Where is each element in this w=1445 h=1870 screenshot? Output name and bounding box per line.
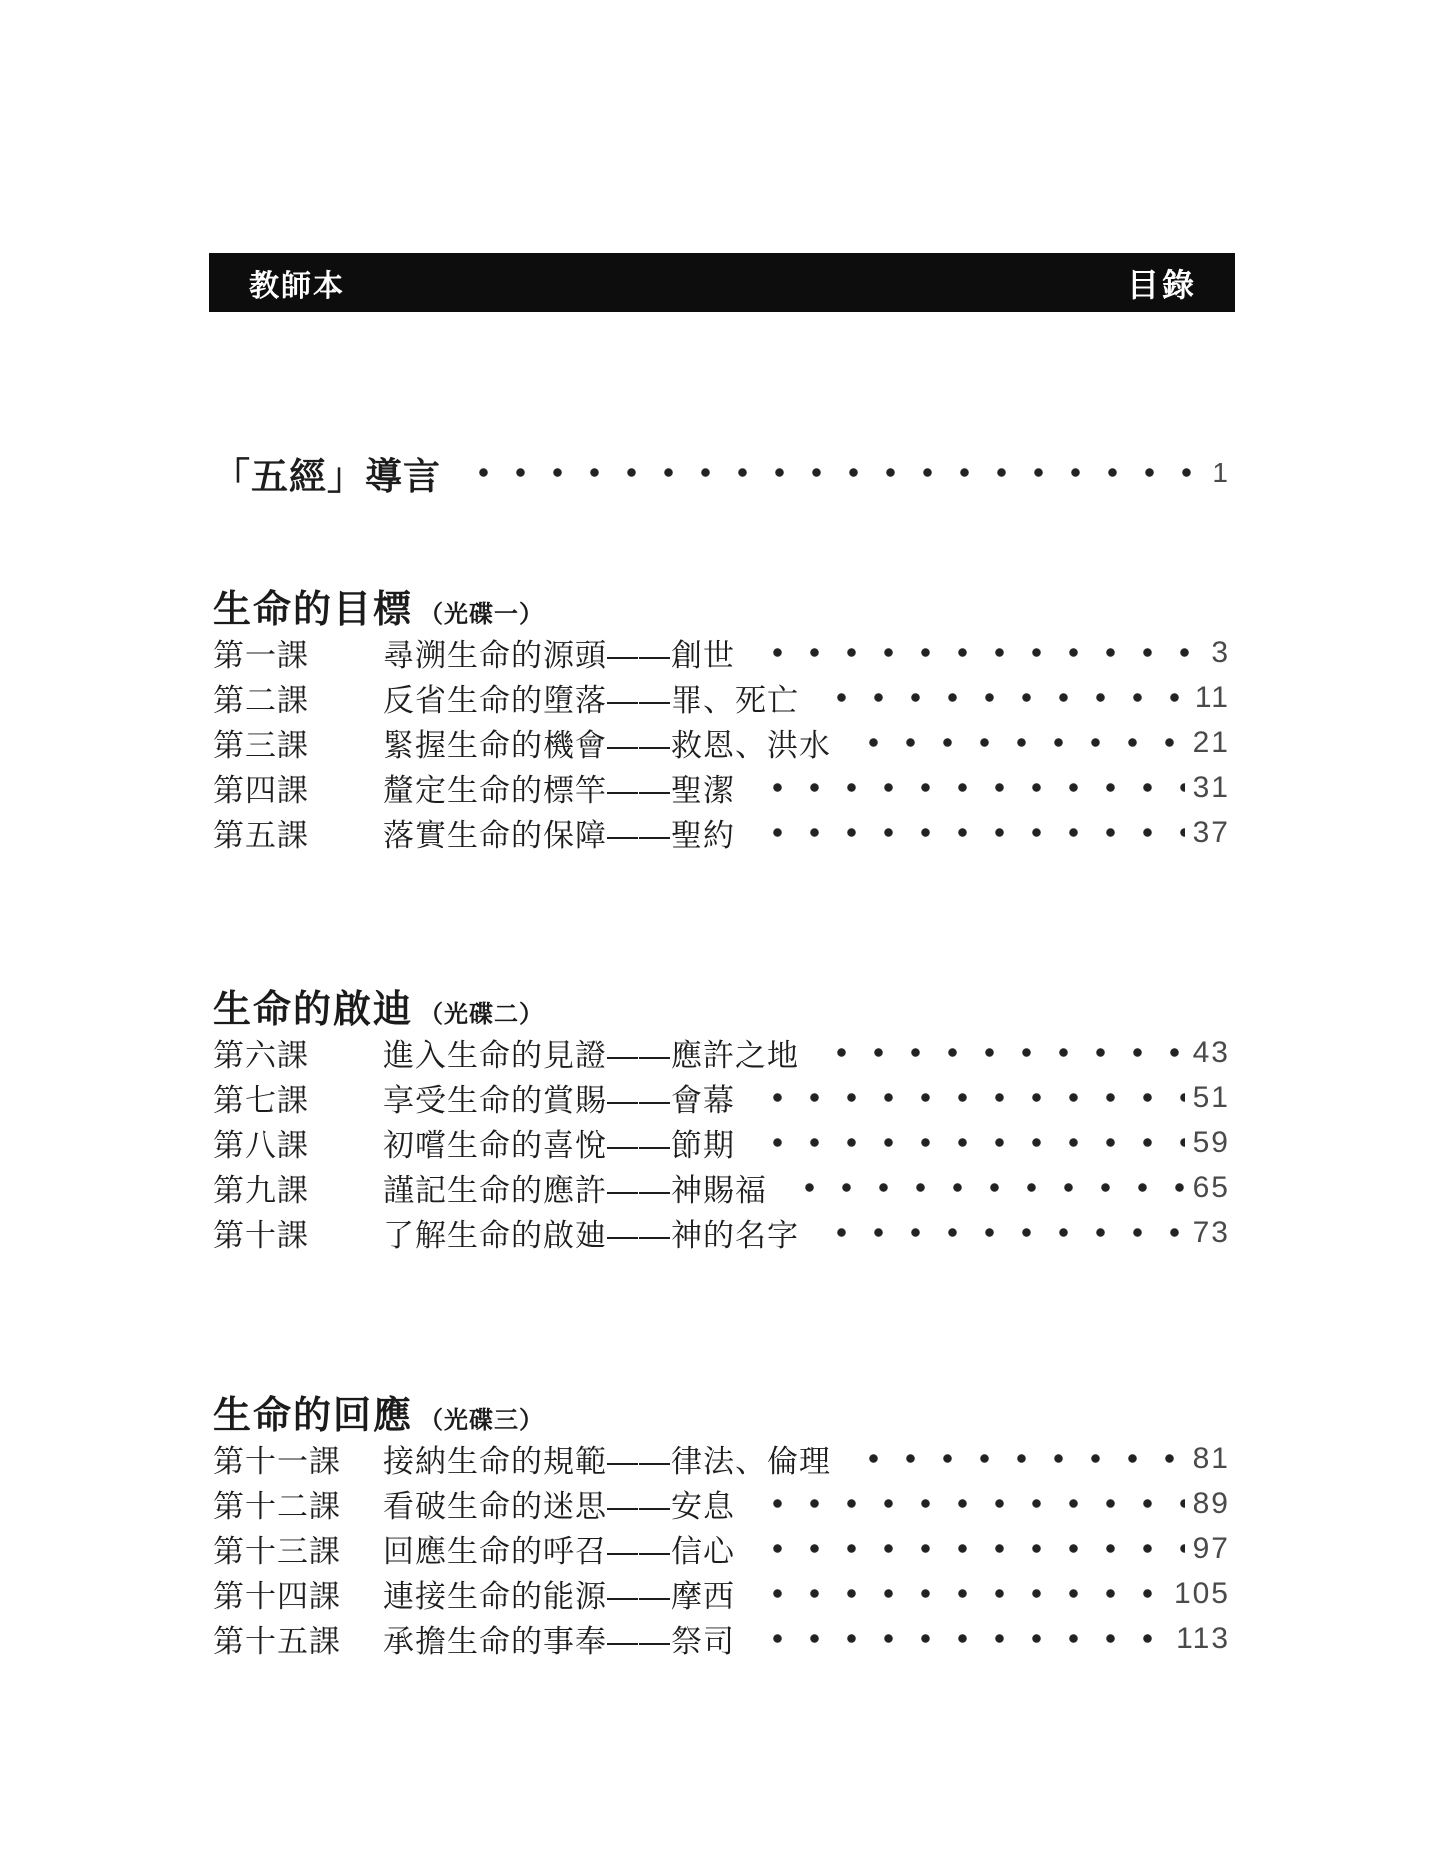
page-number: 43	[1193, 1036, 1230, 1070]
toc-row: 第五課 落實生命的保障——聖約 37	[213, 810, 1228, 855]
lesson-number: 第三課	[213, 720, 383, 765]
dot-leader	[457, 450, 1204, 495]
lesson-title: 落實生命的保障——聖約	[383, 810, 735, 855]
header-bar: 教師本 目錄	[209, 253, 1235, 312]
lesson-title: 反省生命的墮落——罪、死亡	[383, 675, 799, 720]
dot-leader	[815, 675, 1187, 720]
lesson-number: 第一課	[213, 630, 383, 675]
lesson-number: 第十四課	[213, 1571, 383, 1616]
toc-row: 第二課 反省生命的墮落——罪、死亡 11	[213, 675, 1228, 720]
lesson-title: 回應生命的呼召——信心	[383, 1526, 735, 1571]
toc-page: 教師本 目錄 「五經」導言 1 生命的目標（光碟一） 第一課 尋溯生命的源頭——…	[0, 0, 1445, 1870]
section-header: 生命的目標（光碟一）	[213, 590, 1228, 630]
toc-row: 第十課 了解生命的啟廸——神的名字 73	[213, 1210, 1228, 1255]
toc-row: 第三課 緊握生命的機會——救恩、洪水 21	[213, 720, 1228, 765]
section-header: 生命的回應（光碟三）	[213, 1396, 1228, 1436]
lesson-title: 緊握生命的機會——救恩、洪水	[383, 720, 831, 765]
lesson-number: 第十三課	[213, 1526, 383, 1571]
lesson-title: 尋溯生命的源頭——創世	[383, 630, 735, 675]
dot-leader	[751, 1481, 1185, 1526]
section-title: 生命的目標	[213, 589, 413, 631]
lesson-number: 第十課	[213, 1210, 383, 1255]
section-subtitle: （光碟一）	[419, 601, 544, 628]
toc-row: 第十四課 連接生命的能源——摩西 105	[213, 1571, 1228, 1616]
toc-row: 第十二課 看破生命的迷思——安息 89	[213, 1481, 1228, 1526]
dot-leader	[751, 810, 1185, 855]
lesson-number: 第六課	[213, 1030, 383, 1075]
dot-leader	[815, 1210, 1185, 1255]
dot-leader	[751, 630, 1203, 675]
lesson-title: 進入生命的見證——應許之地	[383, 1030, 799, 1075]
section-header: 生命的啟迪（光碟二）	[213, 990, 1228, 1030]
intro-block: 「五經」導言 1	[213, 450, 1228, 495]
section-block-2: 生命的啟迪（光碟二） 第六課 進入生命的見證——應許之地 43 第七課 享受生命…	[213, 990, 1228, 1255]
section-title: 生命的回應	[213, 1395, 413, 1437]
page-number: 113	[1176, 1622, 1230, 1656]
lesson-number: 第二課	[213, 675, 383, 720]
toc-row: 第十一課 接納生命的規範——律法、倫理 81	[213, 1436, 1228, 1481]
lesson-title: 連接生命的能源——摩西	[383, 1571, 735, 1616]
section-block-3: 生命的回應（光碟三） 第十一課 接納生命的規範——律法、倫理 81 第十二課 看…	[213, 1396, 1228, 1661]
page-number: 21	[1193, 726, 1230, 760]
page-number: 81	[1193, 1442, 1230, 1476]
page-title: 目錄	[1127, 260, 1197, 306]
page-number: 97	[1193, 1532, 1230, 1566]
dot-leader	[751, 1616, 1168, 1661]
dot-leader	[815, 1030, 1185, 1075]
page-number: 89	[1193, 1487, 1230, 1521]
page-number: 37	[1193, 816, 1230, 850]
edition-label: 教師本	[249, 261, 345, 305]
lesson-title: 承擔生命的事奉——祭司	[383, 1616, 735, 1661]
page-number: 1	[1212, 457, 1230, 489]
page-number: 3	[1211, 636, 1230, 670]
lesson-number: 第九課	[213, 1165, 383, 1210]
page-number: 65	[1193, 1171, 1230, 1205]
toc-row: 第一課 尋溯生命的源頭——創世 3	[213, 630, 1228, 675]
toc-row: 第四課 釐定生命的標竿——聖潔 31	[213, 765, 1228, 810]
toc-row: 第十五課 承擔生命的事奉——祭司 113	[213, 1616, 1228, 1661]
section-subtitle: （光碟三）	[419, 1407, 544, 1434]
dot-leader	[847, 720, 1185, 765]
lesson-number: 第七課	[213, 1075, 383, 1120]
dot-leader	[847, 1436, 1185, 1481]
dot-leader	[783, 1165, 1185, 1210]
lesson-number: 第十五課	[213, 1616, 383, 1661]
page-number: 51	[1193, 1081, 1230, 1115]
toc-row: 第十三課 回應生命的呼召——信心 97	[213, 1526, 1228, 1571]
dot-leader	[751, 765, 1185, 810]
toc-row: 第六課 進入生命的見證——應許之地 43	[213, 1030, 1228, 1075]
lesson-title: 釐定生命的標竿——聖潔	[383, 765, 735, 810]
lesson-title: 謹記生命的應許——神賜福	[383, 1165, 767, 1210]
lesson-title: 看破生命的迷思——安息	[383, 1481, 735, 1526]
section-block-1: 生命的目標（光碟一） 第一課 尋溯生命的源頭——創世 3 第二課 反省生命的墮落…	[213, 590, 1228, 855]
toc-row: 第八課 初嚐生命的喜悅——節期 59	[213, 1120, 1228, 1165]
page-number: 31	[1193, 771, 1230, 805]
lesson-title: 了解生命的啟廸——神的名字	[383, 1210, 799, 1255]
lesson-number: 第四課	[213, 765, 383, 810]
section-title: 生命的啟迪	[213, 989, 413, 1031]
lesson-title: 接納生命的規範——律法、倫理	[383, 1436, 831, 1481]
intro-title: 「五經」導言	[213, 446, 441, 500]
section-subtitle: （光碟二）	[419, 1001, 544, 1028]
toc-row: 第九課 謹記生命的應許——神賜福 65	[213, 1165, 1228, 1210]
lesson-title: 享受生命的賞賜——會幕	[383, 1075, 735, 1120]
dot-leader	[751, 1571, 1166, 1616]
lesson-number: 第八課	[213, 1120, 383, 1165]
toc-row: 「五經」導言 1	[213, 450, 1228, 495]
page-number: 59	[1193, 1126, 1230, 1160]
lesson-title: 初嚐生命的喜悅——節期	[383, 1120, 735, 1165]
dot-leader	[751, 1120, 1185, 1165]
dot-leader	[751, 1075, 1185, 1120]
dot-leader	[751, 1526, 1185, 1571]
lesson-number: 第五課	[213, 810, 383, 855]
page-number: 73	[1193, 1216, 1230, 1250]
toc-row: 第七課 享受生命的賞賜——會幕 51	[213, 1075, 1228, 1120]
page-number: 11	[1195, 681, 1230, 715]
lesson-number: 第十二課	[213, 1481, 383, 1526]
page-number: 105	[1174, 1577, 1230, 1611]
lesson-number: 第十一課	[213, 1436, 383, 1481]
